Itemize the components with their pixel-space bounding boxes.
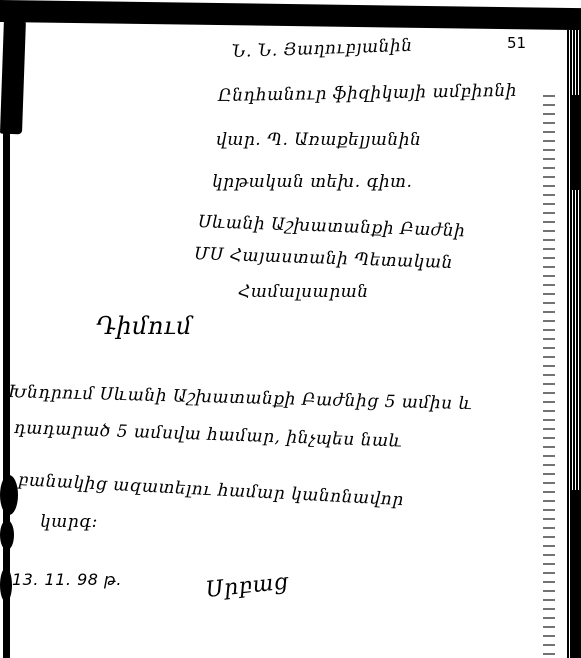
scan-left-blot bbox=[0, 568, 12, 602]
addressee-line: վար. Պ. Առաքելյանին bbox=[216, 130, 421, 150]
document-date: 13. 11. 98 թ. bbox=[12, 570, 122, 589]
addressee-line: Ն. Ն. Յաղուբյանին bbox=[232, 36, 413, 62]
addressee-line: Համալսարան bbox=[238, 282, 369, 302]
page-number: 51 bbox=[507, 34, 526, 52]
addressee-line: ՄՍ Հայաստանի Պետական bbox=[194, 244, 453, 273]
addressee-line: Ընդհանուր ֆիզիկայի ամբիոնի bbox=[218, 81, 517, 106]
body-line: դադարած 5 ամսվա համար, ինչպես նաև bbox=[14, 418, 403, 452]
signature: Սրբաց bbox=[205, 569, 290, 603]
addressee-line: Սևանի Աշխատանքի Բաժնի bbox=[198, 212, 466, 241]
scan-left-blot bbox=[0, 18, 26, 135]
addressee-line: կրթական տեխ. գիտ. bbox=[212, 172, 412, 192]
scan-right-border bbox=[571, 95, 581, 190]
scan-right-border bbox=[571, 490, 581, 658]
body-line: կարգ։ bbox=[40, 512, 98, 532]
scan-top-border bbox=[0, 0, 581, 30]
scan-left-blot bbox=[0, 520, 14, 550]
body-line: բանակից ազատելու համար կանոնավոր bbox=[17, 470, 404, 510]
scan-left-blot bbox=[0, 475, 18, 515]
scan-noise bbox=[543, 95, 555, 655]
body-line: Խնդրում Սևանի Աշխատանքի Բաժնից 5 ամիս և bbox=[8, 382, 473, 414]
document-title: Դիմում bbox=[96, 312, 192, 340]
